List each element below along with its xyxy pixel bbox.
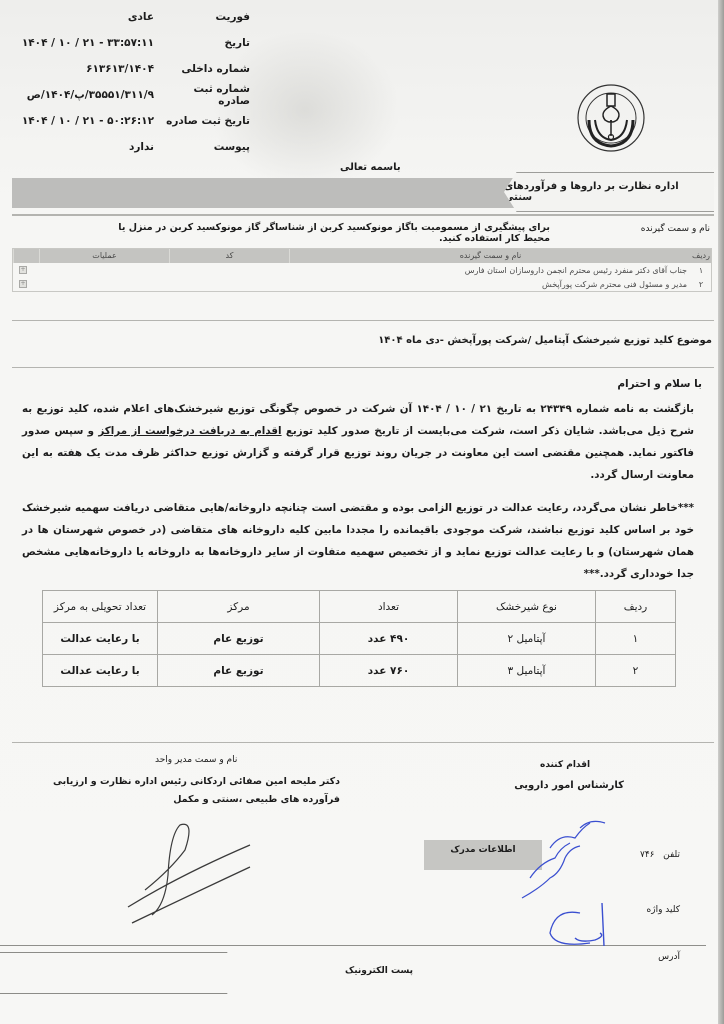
meta-attachment: پیوست ندارد — [20, 134, 250, 160]
recipient-row: ۱ جناب آقای دکتر منفرد رئیس محترم انجمن … — [13, 263, 711, 277]
divider — [12, 742, 714, 743]
meta-outgoing-date: تاریخ ثبت صادره ۵۰:۲۶:۱۲ - ۲۱ / ۱۰ / ۱۴۰… — [20, 108, 250, 134]
cell-row: ۲ — [596, 655, 676, 687]
meta-value: عادی — [20, 11, 162, 23]
col-recipient: نام و سمت گیرنده — [289, 249, 691, 263]
meta-value: ۶۱۳۶۱۳/۱۴۰۴ — [20, 63, 162, 75]
meta-label: فوریت — [162, 11, 250, 23]
phone-field: تلفن ۷۴۶ — [640, 850, 680, 860]
divider — [12, 367, 714, 368]
underlined-text: اقدام به دریافت درخواست از مراکز — [98, 425, 281, 437]
divider — [12, 320, 714, 321]
bismillah-heading: باسمه تعالی — [340, 162, 401, 173]
cell-delivered: با رعایت عدالت — [43, 623, 158, 655]
email-label: پست الکترونیک — [345, 966, 413, 976]
university-logo — [575, 80, 647, 158]
distribution-table-header: ردیف نوع شیرخشک تعداد مرکز تعداد تحویلی … — [43, 591, 676, 623]
paragraph-1: بازگشت به نامه شماره ۲۴۳۴۹ به تاریخ ۲۱ /… — [22, 398, 694, 486]
greeting: با سلام و احترام — [617, 378, 702, 390]
recipient-label: نام و سمت گیرنده — [641, 224, 710, 234]
cell-delivered: با رعایت عدالت — [43, 655, 158, 687]
meta-label: شماره ثبت صادره — [162, 83, 250, 107]
recipient-name: جناب آقای دکتر منفرد رئیس محترم انجمن دا… — [37, 266, 691, 275]
col-quantity: تعداد — [320, 591, 458, 623]
address-label: آدرس — [658, 952, 680, 962]
meta-value: ۳۳:۵۷:۱۱ - ۲۱ / ۱۰ / ۱۴۰۴ — [20, 37, 162, 49]
col-blank — [13, 249, 39, 263]
letter-page: فوریت عادی تاریخ ۳۳:۵۷:۱۱ - ۲۱ / ۱۰ / ۱۴… — [0, 0, 724, 1024]
department-name: اداره نظارت بر داروها و فرآوردهای سنتی — [504, 172, 714, 212]
cell-center: توزیع عام — [158, 655, 320, 687]
handwritten-annotation — [520, 818, 630, 948]
meta-value: ندارد — [20, 141, 162, 153]
divider — [12, 214, 714, 216]
meta-date: تاریخ ۳۳:۵۷:۱۱ - ۲۱ / ۱۰ / ۱۴۰۴ — [20, 30, 250, 56]
cell-center: توزیع عام — [158, 623, 320, 655]
col-formula-type: نوع شیرخشک — [458, 591, 596, 623]
cell-formula-type: آپتامیل ۲ — [458, 623, 596, 655]
cell-row: ۱ — [596, 623, 676, 655]
table-row: ۱ آپتامیل ۲ ۴۹۰ عدد توزیع عام با رعایت ع… — [43, 623, 676, 655]
letter-metadata: فوریت عادی تاریخ ۳۳:۵۷:۱۱ - ۲۱ / ۱۰ / ۱۴… — [20, 4, 250, 160]
col-delivered: تعداد تحویلی به مرکز — [43, 591, 158, 623]
distribution-table: ردیف نوع شیرخشک تعداد مرکز تعداد تحویلی … — [42, 590, 676, 687]
expand-icon[interactable]: + — [19, 280, 27, 288]
cell-formula-type: آپتامیل ۳ — [458, 655, 596, 687]
letter-subject: موضوع کلید توزیع شیرخشک آپتامیل /شرکت پو… — [378, 335, 712, 346]
keyword-label: کلید واژه — [647, 905, 680, 915]
paragraph-2: ***خاطر نشان می‌گردد، رعایت عدالت در توز… — [22, 497, 694, 585]
email-field — [0, 952, 244, 994]
col-row: ردیف — [691, 249, 711, 263]
meta-label: پیوست — [162, 141, 250, 153]
row-number: ۲ — [691, 280, 711, 289]
actor-label: اقدام کننده — [540, 760, 590, 770]
cell-quantity: ۷۶۰ عدد — [320, 655, 458, 687]
co-safety-notice: برای پیشگیری از مسمومیت باگاز مونوکسید ک… — [90, 222, 550, 244]
meta-outgoing-number: شماره ثبت صادره ۳۵۵۵۱/۳۱۱/۹/پ/۱۴۰۴/ص — [20, 82, 250, 108]
manager-name: دکتر ملیحه امین صفائی اردکانی رئیس اداره… — [40, 773, 340, 809]
meta-value: ۳۵۵۵۱/۳۱۱/۹/پ/۱۴۰۴/ص — [20, 89, 162, 101]
manager-label: نام و سمت مدیر واحد — [155, 755, 237, 765]
cell-quantity: ۴۹۰ عدد — [320, 623, 458, 655]
row-number: ۱ — [691, 266, 711, 275]
recipients-table-header: ردیف نام و سمت گیرنده کد عملیات — [13, 249, 711, 263]
col-center: مرکز — [158, 591, 320, 623]
meta-label: تاریخ — [162, 37, 250, 49]
col-code: کد — [169, 249, 289, 263]
manager-signature — [110, 815, 260, 935]
actor-title: کارشناس امور دارویی — [514, 780, 624, 791]
expand-icon[interactable]: + — [19, 266, 27, 274]
col-row: ردیف — [596, 591, 676, 623]
meta-label: شماره داخلی — [162, 63, 250, 75]
recipient-row: ۲ مدیر و مسئول فنی محترم شرکت پورآپخش + — [13, 277, 711, 291]
phone-label: تلفن — [663, 850, 680, 860]
recipient-name: مدیر و مسئول فنی محترم شرکت پورآپخش — [37, 280, 691, 289]
scan-edge-shadow — [718, 0, 724, 1024]
col-operations: عملیات — [39, 249, 169, 263]
table-row: ۲ آپتامیل ۳ ۷۶۰ عدد توزیع عام با رعایت ع… — [43, 655, 676, 687]
meta-value: ۵۰:۲۶:۱۲ - ۲۱ / ۱۰ / ۱۴۰۴ — [20, 115, 162, 127]
meta-internal-number: شماره داخلی ۶۱۳۶۱۳/۱۴۰۴ — [20, 56, 250, 82]
meta-priority: فوریت عادی — [20, 4, 250, 30]
recipients-table: ردیف نام و سمت گیرنده کد عملیات ۱ جناب آ… — [12, 248, 712, 292]
phone-value: ۷۴۶ — [640, 850, 655, 860]
meta-label: تاریخ ثبت صادره — [162, 115, 250, 127]
